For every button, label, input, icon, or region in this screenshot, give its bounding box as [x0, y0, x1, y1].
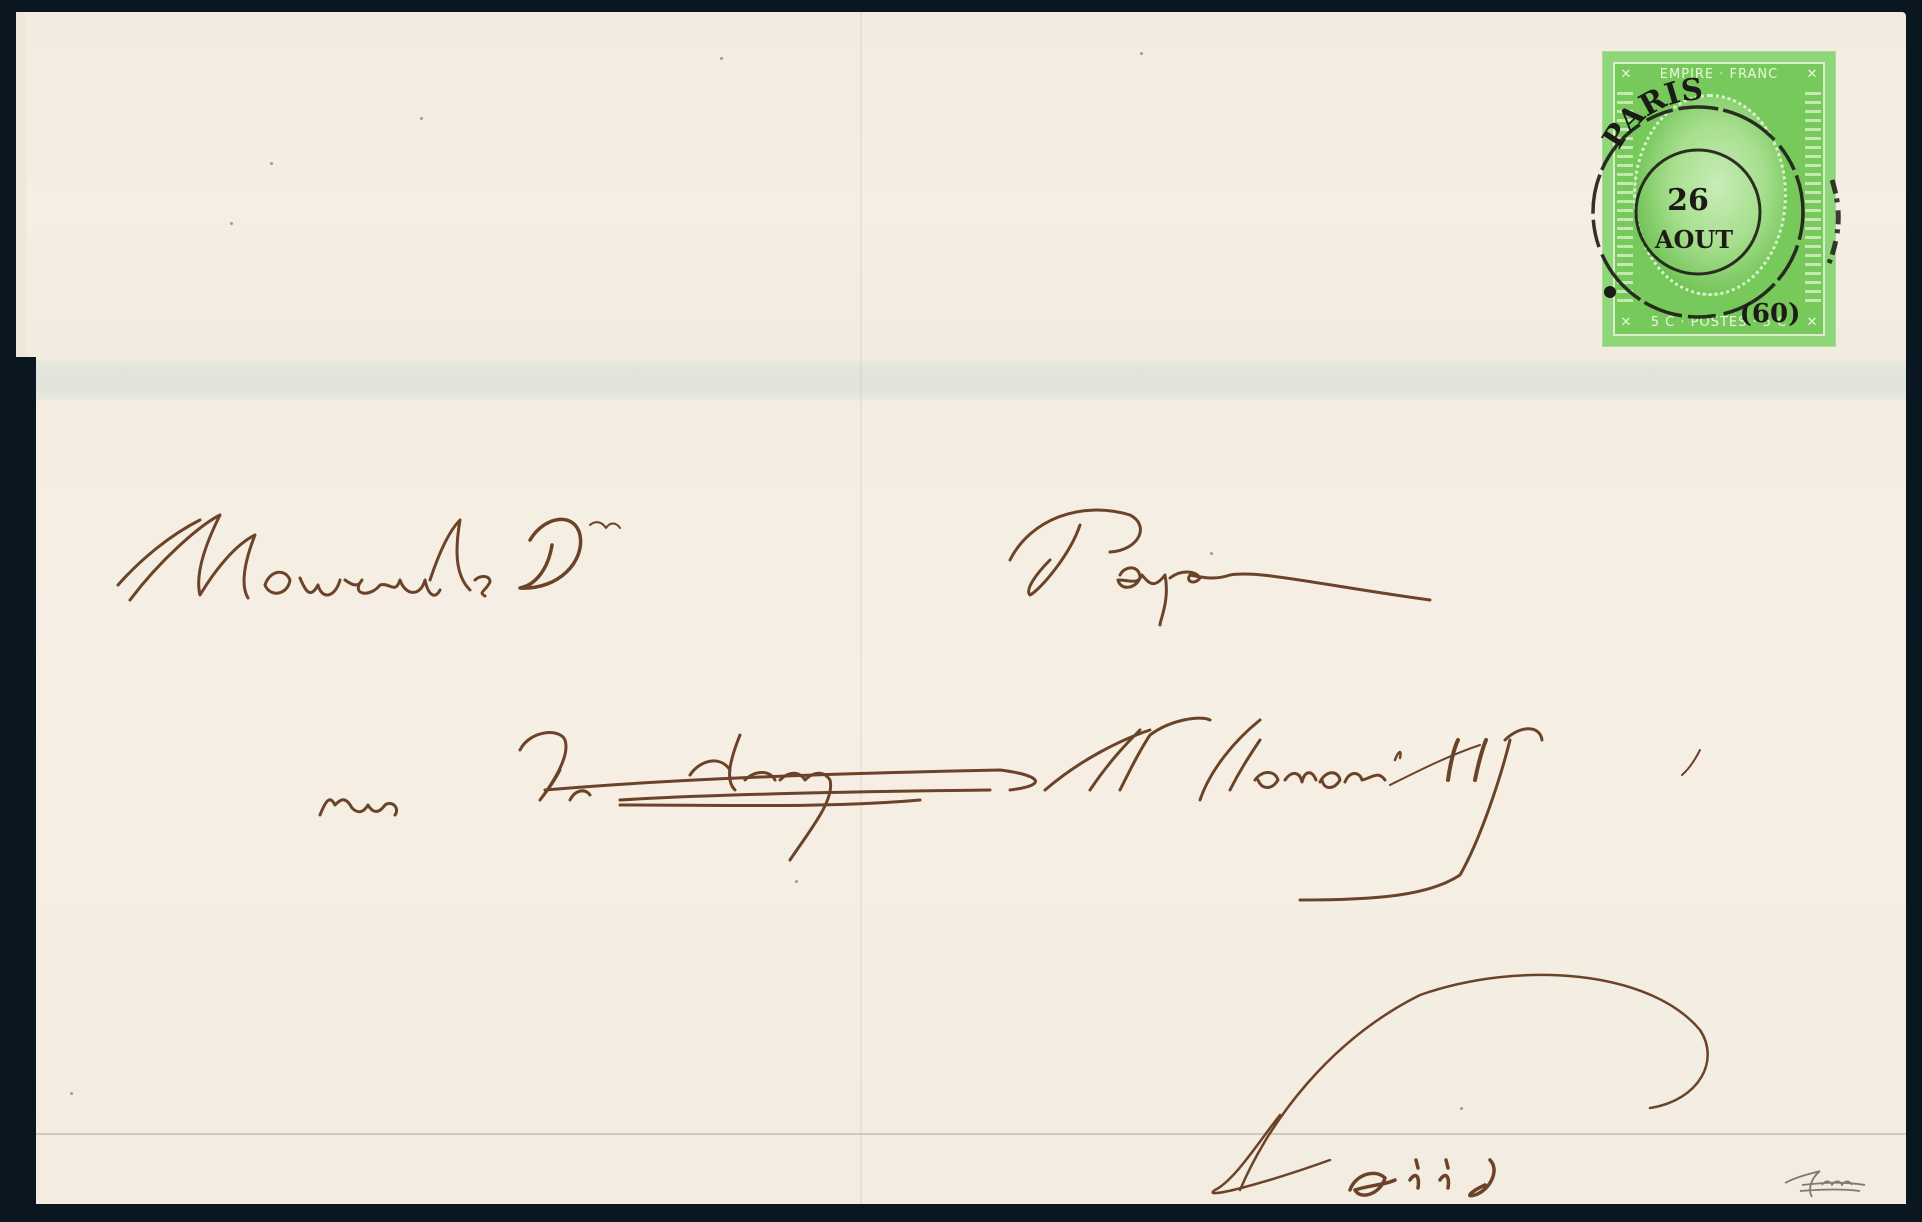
- address-line-1: Monsieur le Dr Payen: [120, 520, 559, 566]
- paper-speck: [795, 880, 798, 883]
- address-corrected-street: St Honoré 115: [1045, 740, 1342, 786]
- paper-speck: [270, 162, 273, 165]
- stamp-border-ornament: [1617, 92, 1633, 306]
- fold-shadow-band: [36, 359, 1906, 401]
- cover-front-panel: [36, 357, 1906, 1204]
- flap-edge: [16, 12, 26, 357]
- address-struck-street: Cléry: [690, 760, 772, 795]
- stamp-top-label: EMPIRE · FRANC: [1627, 64, 1811, 86]
- paper-speck: [720, 57, 723, 60]
- paper-speck: [420, 117, 423, 120]
- stamp-border-ornament: [1805, 92, 1821, 306]
- stamp-bottom-label: 5 C · POSTES · 5 C: [1627, 312, 1811, 334]
- paper-speck: [1140, 52, 1143, 55]
- postage-stamp: ✕ ✕ ✕ ✕ EMPIRE · FRANC 5 C · POSTES · 5 …: [1603, 52, 1835, 346]
- paper-speck: [1210, 552, 1213, 555]
- vertical-fold-line: [860, 12, 862, 1204]
- address-city: Paris: [1240, 1140, 1341, 1186]
- address-line-2-prefix: rue de: [320, 760, 418, 795]
- paper-speck: [70, 1092, 73, 1095]
- postal-cover: ✕ ✕ ✕ ✕ EMPIRE · FRANC 5 C · POSTES · 5 …: [20, 12, 1906, 1204]
- paper-speck: [1460, 1107, 1463, 1110]
- bottom-fold-line: [36, 1133, 1906, 1135]
- paper-speck: [230, 222, 233, 225]
- expert-signature-mark: [1780, 1163, 1870, 1203]
- stamp-portrait-medallion: [1633, 94, 1787, 296]
